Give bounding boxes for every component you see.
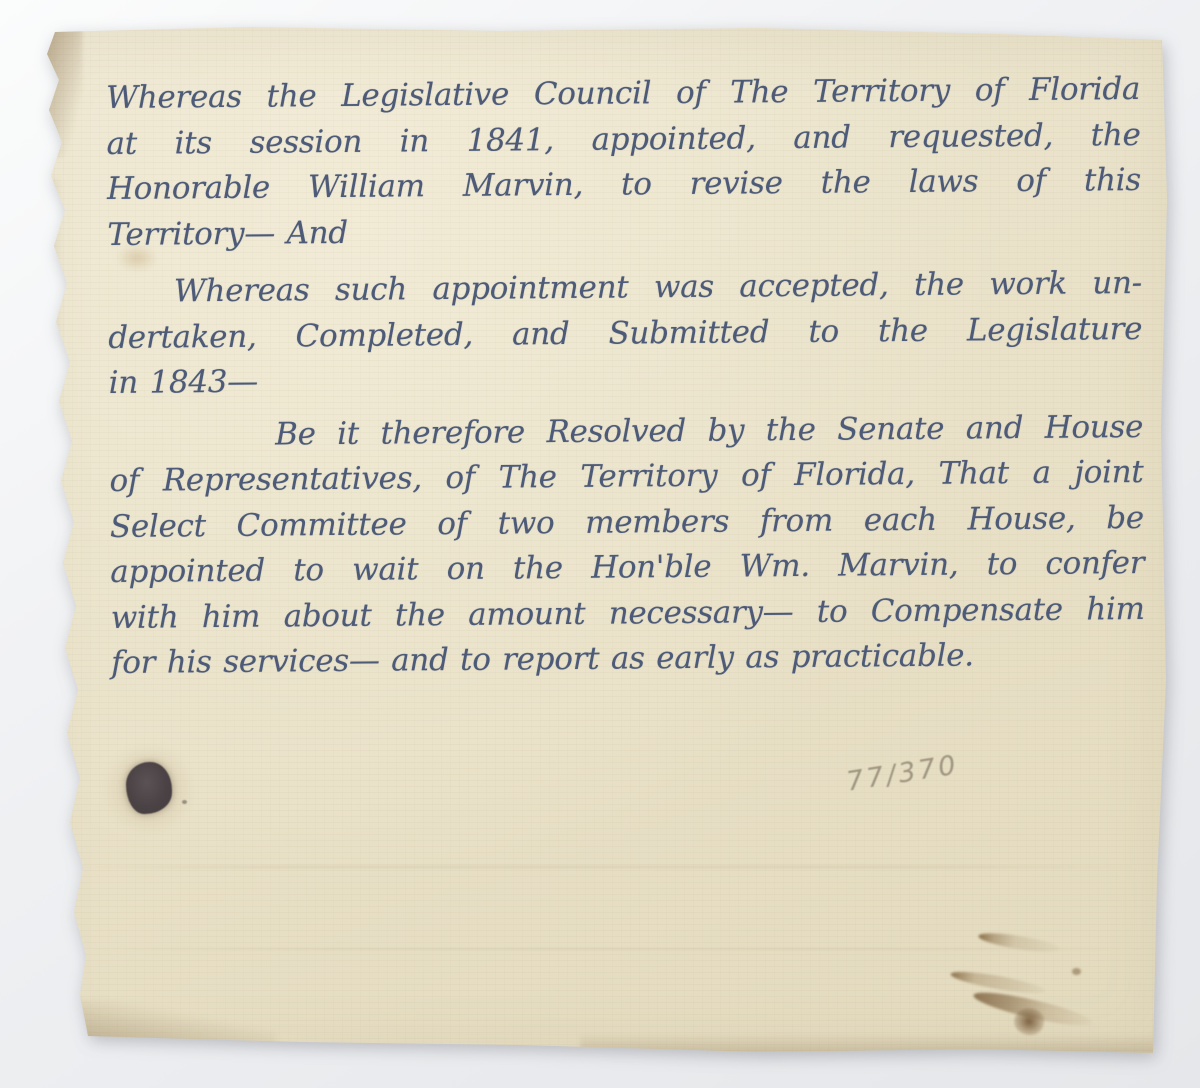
ink-speck — [182, 800, 187, 804]
manuscript-line: in 1843— — [108, 352, 1142, 407]
deckled-left-edge-shading — [42, 180, 64, 1010]
torn-edge-top-left — [44, 22, 82, 157]
pencil-catalog-number: 77/370 — [844, 749, 960, 797]
manuscript-line: dertaken, Completed, and Submitted to th… — [108, 306, 1142, 361]
paragraph: Whereas such appointment was accepted, t… — [108, 261, 1143, 407]
manuscript-line: Honorable William Marvin, to revise the … — [107, 158, 1141, 213]
worn-corner-bottom-left — [56, 1000, 276, 1044]
stain-dot — [1072, 968, 1081, 975]
paragraph: Whereas the Legislative Council of The T… — [106, 67, 1142, 258]
ink-blot — [126, 762, 172, 814]
manuscript-line: with him about the amount necessary— to … — [111, 586, 1145, 641]
document-scan: Whereas the Legislative Council of The T… — [0, 0, 1200, 1088]
paragraph: Be it therefore Resolved by the Senate a… — [109, 404, 1145, 686]
paper-shadow-wrap: Whereas the Legislative Council of The T… — [0, 0, 1200, 1088]
manuscript-line: for his services— and to report as early… — [111, 632, 1145, 687]
manuscript-line: Territory— And — [107, 203, 1141, 258]
stain-smudge — [977, 930, 1060, 956]
manuscript-paper: Whereas the Legislative Council of The T… — [0, 0, 1200, 1088]
paper-fold-line — [70, 948, 1145, 950]
bottom-edge-shading — [580, 1034, 1155, 1054]
manuscript-text: Whereas the Legislative Council of The T… — [106, 67, 1145, 687]
paper-fold-line — [70, 866, 1145, 868]
